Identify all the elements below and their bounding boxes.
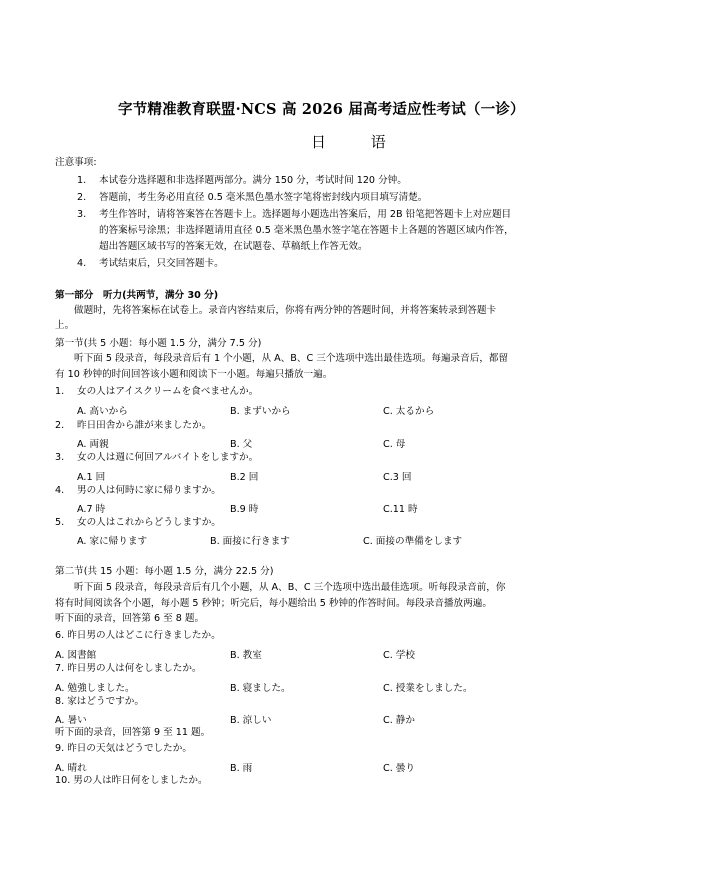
section2-heading: 第二节(共 15 小题：每小题 1.5 分，满分 22.5 分) <box>55 566 274 578</box>
part1-heading: 第一部分 听力(共两节，满分 30 分) <box>55 290 218 302</box>
section1-heading: 第一节(共 5 小题：每小题 1.5 分，满分 7.5 分) <box>55 338 261 350</box>
option-c[interactable]: C. 面接の準備をします <box>363 533 462 547</box>
section2-instructions: 听下面 5 段录音，每段录音后有几个小题，从 A、B、C 三个选项中选出最佳选项… <box>74 582 506 594</box>
question-5: 5.女の人はこれからどうしますか。 <box>55 517 221 529</box>
note-num: 4. <box>77 258 99 270</box>
option-a[interactable]: A. 家に帰ります <box>77 533 147 547</box>
note-text: 考试结束后，只交回答题卡。 <box>99 258 224 269</box>
note-item-4: 4.考试结束后，只交回答题卡。 <box>77 258 224 270</box>
section1-instructions: 听下面 5 段录音，每段录音后有 1 个小题，从 A、B、C 三个选项中选出最佳… <box>74 353 508 365</box>
option-a[interactable]: A. 高いから <box>77 403 128 417</box>
option-c[interactable]: C. 授業をしました。 <box>383 680 473 694</box>
option-a[interactable]: A. 勉強しました。 <box>55 680 135 694</box>
option-b[interactable]: B.9 時 <box>230 501 258 515</box>
option-b[interactable]: B. 面接に行きます <box>210 533 290 547</box>
option-c[interactable]: C.3 回 <box>383 469 412 483</box>
option-c[interactable]: C. 学校 <box>383 647 415 661</box>
question-4: 4.男の人は何時に家に帰りますか。 <box>55 485 221 497</box>
question-1: 1.女の人はアイスクリームを食べませんか。 <box>55 386 258 398</box>
question-2: 2.昨日田舎から誰が来ましたか。 <box>55 420 211 432</box>
note-item-1: 1.本试卷分选择题和非选择题两部分。满分 150 分，考试时间 120 分钟。 <box>77 175 407 187</box>
exam-title: 字节精准教育联盟·NCS 高 2026 届高考适应性考试（一诊） <box>118 98 525 119</box>
option-b[interactable]: B. 教室 <box>230 647 262 661</box>
section1-instructions-cont: 有 10 秒钟的时间回答该小题和阅读下一小题。每遍只播放一遍。 <box>55 369 332 381</box>
option-a[interactable]: A. 晴れ <box>55 760 87 774</box>
question-3: 3.女の人は週に何回アルバイトをしますか。 <box>55 452 258 464</box>
option-a[interactable]: A.1 回 <box>77 469 105 483</box>
section2-instructions-cont: 将有时间阅读各个小题，每小题 5 秒钟；听完后，每小题给出 5 秒钟的作答时间。… <box>55 598 492 610</box>
option-b[interactable]: B. 涼しい <box>230 712 271 726</box>
option-a[interactable]: A.7 時 <box>77 501 105 515</box>
option-a[interactable]: A. 暑い <box>55 712 87 726</box>
notes-heading: 注意事项: <box>55 157 97 169</box>
option-c[interactable]: C. 母 <box>383 436 405 450</box>
note-item-3: 3.考生作答时，请将答案答在答题卡上。选择题每小题选出答案后，用 2B 铅笔把答… <box>77 209 511 221</box>
option-b[interactable]: B.2 回 <box>230 469 258 483</box>
note-item-2: 2.答题前，考生务必用直径 0.5 毫米黑色墨水签字笔将密封线内项目填写清楚。 <box>77 192 427 204</box>
question-6: 6. 昨日男の人はどこに行きましたか。 <box>55 630 221 642</box>
note-text-cont: 超出答题区域书写的答案无效，在试题卷、草稿纸上作答无效。 <box>99 241 368 253</box>
option-c[interactable]: C. 静か <box>383 712 415 726</box>
note-num: 3. <box>77 209 99 221</box>
option-c[interactable]: C. 曇り <box>383 760 415 774</box>
note-num: 2. <box>77 192 99 204</box>
option-c[interactable]: C. 太るから <box>383 403 434 417</box>
question-8: 8. 家はどうですか。 <box>55 696 144 708</box>
option-c[interactable]: C.11 時 <box>383 501 418 515</box>
group-label-9-11: 听下面的录音，回答第 9 至 11 题。 <box>55 727 210 739</box>
part1-intro: 做题时，先将答案标在试卷上。录音内容结束后，你将有两分钟的答题时间，并将答案转录… <box>74 305 496 317</box>
question-10: 10. 男の人は昨日何をしましたか。 <box>55 775 208 787</box>
option-b[interactable]: B. 寝ました。 <box>230 680 291 694</box>
option-b[interactable]: B. 父 <box>230 436 252 450</box>
note-text-cont: 的答案标号涂黑；非选择题请用直径 0.5 毫米黑色墨水签字笔在答题卡上各题的答题… <box>99 225 514 237</box>
note-num: 1. <box>77 175 99 187</box>
part1-intro-cont: 上。 <box>55 320 74 332</box>
note-text: 答题前，考生务必用直径 0.5 毫米黑色墨水签字笔将密封线内项目填写清楚。 <box>99 192 427 203</box>
question-9: 9. 昨日の天気はどうでしたか。 <box>55 743 192 755</box>
option-a[interactable]: A. 図書館 <box>55 647 96 661</box>
group-label-6-8: 听下面的录音，回答第 6 至 8 题。 <box>55 613 204 625</box>
question-7: 7. 昨日男の人は何をしましたか。 <box>55 663 202 675</box>
option-a[interactable]: A. 両親 <box>77 436 109 450</box>
subject-title: 日 语 <box>311 131 406 152</box>
note-text: 本试卷分选择题和非选择题两部分。满分 150 分，考试时间 120 分钟。 <box>99 175 407 186</box>
option-b[interactable]: B. まずいから <box>230 403 291 417</box>
option-b[interactable]: B. 雨 <box>230 760 252 774</box>
note-text: 考生作答时，请将答案答在答题卡上。选择题每小题选出答案后，用 2B 铅笔把答题卡… <box>99 209 511 220</box>
